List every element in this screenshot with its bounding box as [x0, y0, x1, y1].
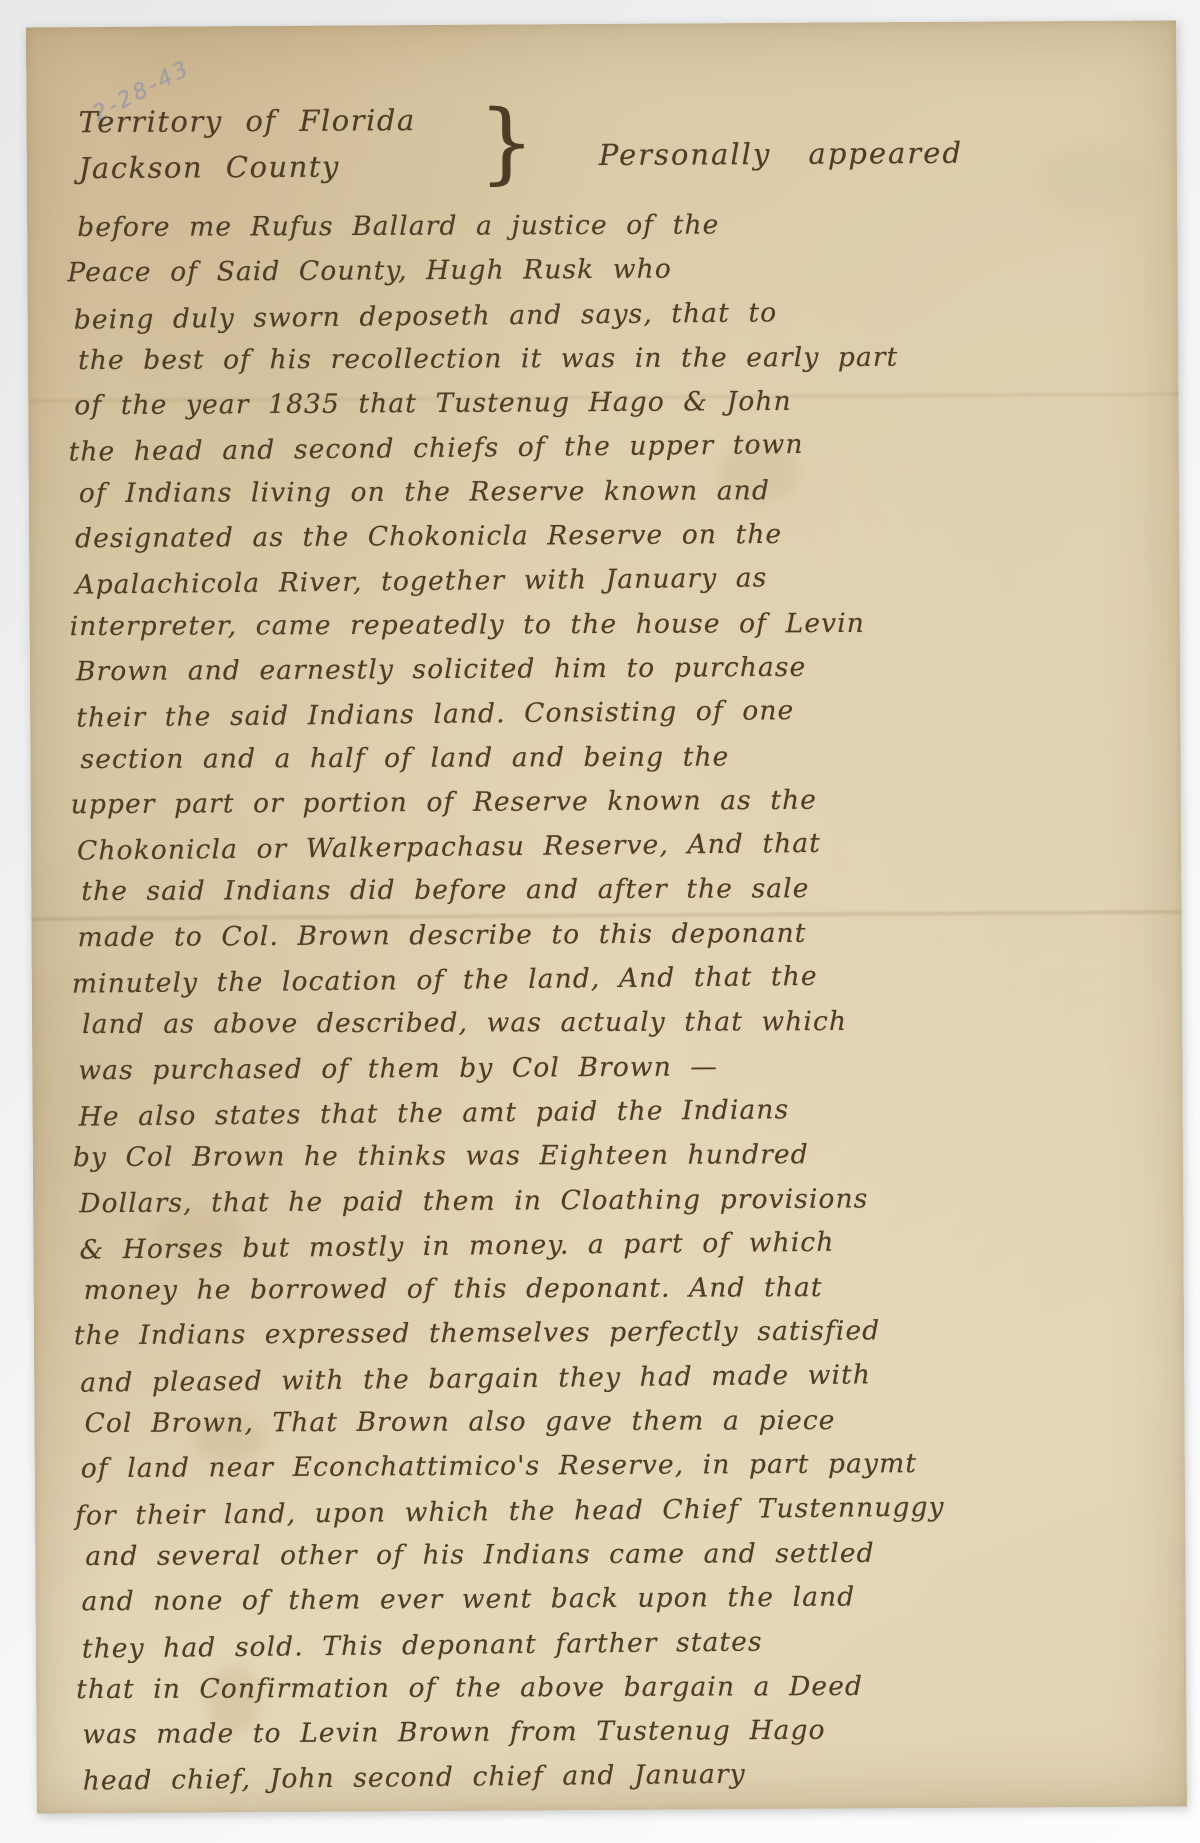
- manuscript-line: Apalachicola River, together with Januar…: [75, 552, 1179, 608]
- brace-mark: }: [478, 90, 535, 193]
- manuscript-line: head chief, John second chief and Januar…: [83, 1748, 1187, 1804]
- document-page: 2-28-43 Territory of Florida Jackson Cou…: [26, 20, 1187, 1813]
- manuscript-line: for their land, upon which the head Chie…: [75, 1483, 1185, 1539]
- header-appeared-text: Personally appeared: [599, 136, 963, 172]
- manuscript-line: land as above described, was actualy tha…: [82, 999, 1182, 1048]
- manuscript-line: Col Brown, That Brown also gave them a p…: [84, 1398, 1184, 1447]
- manuscript-line: and pleased with the bargain they had ma…: [80, 1350, 1184, 1406]
- manuscript-line: section and a half of land and being the: [80, 733, 1180, 782]
- manuscript-line: interpreter, came repeatedly to the hous…: [70, 600, 1180, 649]
- manuscript-line: money he borrowed of this deponant. And …: [84, 1265, 1184, 1314]
- manuscript-line: and several other of his Indians came an…: [85, 1531, 1185, 1580]
- scan-background: 2-28-43 Territory of Florida Jackson Cou…: [0, 0, 1200, 1843]
- document-header: Territory of Florida Jackson County } Pe…: [78, 92, 1177, 191]
- manuscript-line: the best of his recollection it was in t…: [78, 335, 1178, 384]
- manuscript-body: before me Rufus Ballard a justice of the…: [73, 200, 1187, 1801]
- manuscript-line: before me Rufus Ballard a justice of the: [77, 202, 1177, 251]
- manuscript-line: being duly sworn deposeth and says, that…: [74, 287, 1178, 343]
- manuscript-line: they had sold. This deponant farther sta…: [82, 1616, 1186, 1672]
- manuscript-line: the head and second chiefs of the upper …: [68, 420, 1178, 476]
- manuscript-line: the said Indians did before and after th…: [81, 866, 1181, 915]
- manuscript-line: their the said Indians land. Consisting …: [76, 685, 1180, 741]
- manuscript-line: of Indians living on the Reserve known a…: [79, 467, 1179, 516]
- manuscript-line: that in Confirmation of the above bargai…: [76, 1663, 1186, 1712]
- manuscript-line: by Col Brown he thinks was Eighteen hund…: [73, 1132, 1183, 1181]
